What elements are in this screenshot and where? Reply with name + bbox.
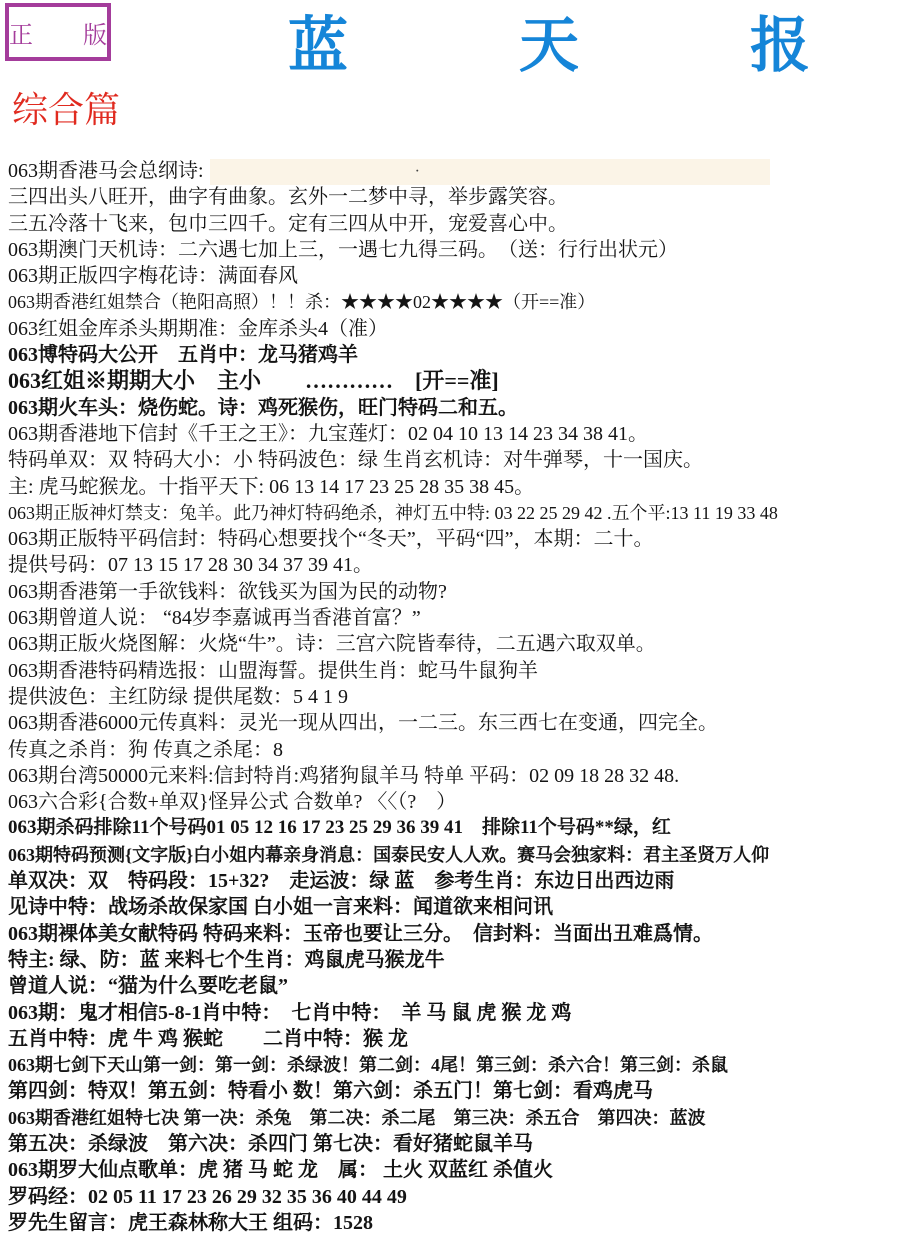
line-text: 063期正版特平码信封：特码心想要找个“冬天”，平码“四”，本期：二十。	[8, 528, 654, 550]
line-text: 063期正版四字梅花诗：满面春风	[8, 265, 298, 287]
text-line-33: 063期：鬼才相信5-8-1肖中特： 七肖中特： 羊 马 鼠 虎 猴 龙 鸡	[8, 1000, 900, 1026]
line-text: 063期香港红姐特七决 第一决：杀兔 第二决：杀二尾 第三决：杀五合 第四决：蓝…	[8, 1108, 706, 1128]
text-line-30: 063期裸体美女献特码 特码来料：玉帝也要让三分。 信封料：当面出丑难爲情。	[8, 921, 900, 947]
line-text: 063期台湾50000元来料:信封特肖:鸡猪狗鼠羊马 特单 平码：02 09 1…	[8, 765, 679, 787]
text-line-4: 063期澳门天机诗：二六遇七加上三，一遇七九得三码。 （送：行行出状元）	[8, 237, 900, 263]
line-text: 063期香港特码精选报：山盟海誓。提供生肖：蛇马牛鼠狗羊	[8, 660, 538, 682]
line-text: 063红姐※期期大小 主小 ………… [开==准]	[8, 368, 499, 393]
text-line-26: 063期杀码排除11个号码01 05 12 16 17 23 25 29 36 …	[8, 815, 900, 841]
text-line-25: 063六合彩{合数+单双}怪异公式 合数单? 〈〈（? ）	[8, 789, 900, 815]
line-text: 063六合彩{合数+单双}怪异公式 合数单? 〈〈（? ）	[8, 791, 456, 813]
line-text: 单双决：双 特码段：15+32? 走运波：绿 蓝 参考生肖：东边日出西边雨	[8, 870, 674, 892]
line-text: 063期特码预测{文字版}白小姐内幕亲身消息：国泰民安人人欢。赛马会独家料：君主…	[8, 845, 769, 865]
line-text: 特码单双：双 特码大小：小 特码波色：绿 生肖玄机诗：对牛弹琴，十一国庆。	[8, 449, 703, 471]
line-text: 三五冷落十飞来，包巾三四千。定有三四从中开，宠爱喜心中。	[8, 213, 568, 235]
line-text: 063期正版神灯禁支：兔羊。此乃神灯特码绝杀，神灯五中特: 03 22 25 2…	[8, 503, 778, 523]
text-line-22: 063期香港6000元传真料：灵光一现从四出，一二三。东三西七在变通，四完全。	[8, 710, 900, 736]
text-line-10: 063期火车头：烧伤蛇。诗：鸡死猴伤，旺门特码二和五。	[8, 395, 900, 421]
authentic-badge: 正 版	[5, 3, 111, 61]
line-text: 主: 虎马蛇猴龙。十指平天下: 06 13 14 17 23 25 28 35 …	[8, 476, 534, 498]
text-line-41: 罗先生留言：虎王森林称大王 组码：1528	[8, 1210, 900, 1236]
text-line-37: 063期香港红姐特七决 第一决：杀兔 第二决：杀二尾 第三决：杀五合 第四决：蓝…	[8, 1105, 900, 1131]
text-line-24: 063期台湾50000元来料:信封特肖:鸡猪狗鼠羊马 特单 平码：02 09 1…	[8, 763, 900, 789]
highlight-mark: ·	[415, 159, 420, 185]
text-line-12: 特码单双：双 特码大小：小 特码波色：绿 生肖玄机诗：对牛弹琴，十一国庆。	[8, 447, 900, 473]
authentic-badge-label: 正 版	[0, 15, 129, 50]
text-line-28: 单双决：双 特码段：15+32? 走运波：绿 蓝 参考生肖：东边日出西边雨	[8, 868, 900, 894]
line-text: 063期杀码排除11个号码01 05 12 16 17 23 25 29 36 …	[8, 817, 671, 838]
line-text: 063期香港红姐禁合（艳阳高照）！！杀：★★★★02★★★★（开==准）	[8, 292, 595, 312]
line-text: 曾道人说：“猫为什么要吃老鼠”	[8, 975, 288, 997]
line-text: 063期正版火烧图解：火烧“牛”。诗：三宫六院皆奉待，二五遇六取双单。	[8, 633, 656, 655]
line-text: 063期七剑下天山第一剑：第一剑：杀绿波！第二剑：4尾！第三剑：杀六合！第三剑：…	[8, 1055, 728, 1075]
line-text: 063期曾道人说： “84岁李嘉诚再当香港首富？”	[8, 607, 421, 629]
text-line-39: 063期罗大仙点歌单：虎 猪 马 蛇 龙 属： 土火 双蓝红 杀值火	[8, 1157, 900, 1183]
line-text: 063期罗大仙点歌单：虎 猪 马 蛇 龙 属： 土火 双蓝红 杀值火	[8, 1159, 553, 1181]
text-line-31: 特主: 绿、防：蓝 来料七个生肖：鸡鼠虎马猴龙牛	[8, 947, 900, 973]
line-text: 特主: 绿、防：蓝 来料七个生肖：鸡鼠虎马猴龙牛	[8, 949, 445, 971]
text-line-17: 063期香港第一手欲钱料：欲钱买为国为民的动物?	[8, 579, 900, 605]
text-line-29: 见诗中特：战场杀故保家国 白小姐一言来料：闻道欲来相问讯	[8, 894, 900, 920]
line-text: 063期香港马会总纲诗:	[8, 160, 204, 182]
text-line-19: 063期正版火烧图解：火烧“牛”。诗：三宫六院皆奉待，二五遇六取双单。	[8, 631, 900, 657]
text-line-18: 063期曾道人说： “84岁李嘉诚再当香港首富？”	[8, 605, 900, 631]
text-line-1: 063期香港马会总纲诗:·	[8, 158, 900, 184]
line-text: 第四剑：特双！第五剑：特看小 数！第六剑：杀五门！第七剑：看鸡虎马	[8, 1080, 653, 1102]
section-title: 综合篇	[12, 92, 120, 128]
text-line-7: 063红姐金库杀头期期准：金库杀头4（准）	[8, 316, 900, 342]
line-text: 063期：鬼才相信5-8-1肖中特： 七肖中特： 羊 马 鼠 虎 猴 龙 鸡	[8, 1002, 571, 1024]
line-text: 传真之杀肖：狗 传真之杀尾：8	[8, 739, 283, 761]
text-line-34: 五肖中特：虎 牛 鸡 猴蛇 二肖中特：猴 龙	[8, 1026, 900, 1052]
line-text: 063红姐金库杀头期期准：金库杀头4（准）	[8, 318, 388, 340]
line-text: 提供号码：07 13 15 17 28 30 34 37 39 41。	[8, 554, 373, 576]
text-line-5: 063期正版四字梅花诗：满面春风	[8, 263, 900, 289]
text-line-2: 三四出头八旺开，曲字有曲象。玄外一二梦中寻，举步露笑容。	[8, 184, 900, 210]
line-text: 063期澳门天机诗：二六遇七加上三，一遇七九得三码。 （送：行行出状元）	[8, 239, 678, 261]
text-line-14: 063期正版神灯禁支：兔羊。此乃神灯特码绝杀，神灯五中特: 03 22 25 2…	[8, 500, 900, 526]
line-text: 第五决：杀绿波 第六决：杀四门 第七决：看好猪蛇鼠羊马	[8, 1133, 533, 1155]
line-text: 罗先生留言：虎王森林称大王 组码：1528	[8, 1212, 373, 1234]
highlight-box: ·	[210, 159, 770, 185]
text-line-8: 063博特码大公开 五肖中：龙马猪鸡羊	[8, 342, 900, 368]
line-text: 提供波色：主红防绿 提供尾数：5 4 1 9	[8, 686, 348, 708]
text-line-27: 063期特码预测{文字版}白小姐内幕亲身消息：国泰民安人人欢。赛马会独家料：君主…	[8, 842, 900, 868]
paper-title: 蓝 天 报	[288, 16, 888, 76]
text-line-35: 063期七剑下天山第一剑：第一剑：杀绿波！第二剑：4尾！第三剑：杀六合！第三剑：…	[8, 1052, 900, 1078]
text-line-3: 三五冷落十飞来，包巾三四千。定有三四从中开，宠爱喜心中。	[8, 211, 900, 237]
line-text: 063期香港地下信封《千王之王》：九宝莲灯：02 04 10 13 14 23 …	[8, 423, 648, 445]
line-text: 063博特码大公开 五肖中：龙马猪鸡羊	[8, 344, 358, 366]
body-text: 063期香港马会总纲诗:·三四出头八旺开，曲字有曲象。玄外一二梦中寻，举步露笑容…	[8, 158, 900, 1236]
text-line-11: 063期香港地下信封《千王之王》：九宝莲灯：02 04 10 13 14 23 …	[8, 421, 900, 447]
text-line-36: 第四剑：特双！第五剑：特看小 数！第六剑：杀五门！第七剑：看鸡虎马	[8, 1078, 900, 1104]
text-line-40: 罗码经：02 05 11 17 23 26 29 32 35 36 40 44 …	[8, 1184, 900, 1210]
text-line-32: 曾道人说：“猫为什么要吃老鼠”	[8, 973, 900, 999]
line-text: 063期火车头：烧伤蛇。诗：鸡死猴伤，旺门特码二和五。	[8, 397, 518, 419]
text-line-6: 063期香港红姐禁合（艳阳高照）！！杀：★★★★02★★★★（开==准）	[8, 289, 900, 315]
text-line-20: 063期香港特码精选报：山盟海誓。提供生肖：蛇马牛鼠狗羊	[8, 658, 900, 684]
line-text: 063期香港6000元传真料：灵光一现从四出，一二三。东三西七在变通，四完全。	[8, 712, 718, 734]
text-line-13: 主: 虎马蛇猴龙。十指平天下: 06 13 14 17 23 25 28 35 …	[8, 474, 900, 500]
text-line-38: 第五决：杀绿波 第六决：杀四门 第七决：看好猪蛇鼠羊马	[8, 1131, 900, 1157]
line-text: 063期裸体美女献特码 特码来料：玉帝也要让三分。 信封料：当面出丑难爲情。	[8, 923, 713, 945]
text-line-21: 提供波色：主红防绿 提供尾数：5 4 1 9	[8, 684, 900, 710]
text-line-16: 提供号码：07 13 15 17 28 30 34 37 39 41。	[8, 552, 900, 578]
line-text: 罗码经：02 05 11 17 23 26 29 32 35 36 40 44 …	[8, 1186, 407, 1208]
line-text: 五肖中特：虎 牛 鸡 猴蛇 二肖中特：猴 龙	[8, 1028, 408, 1050]
text-line-15: 063期正版特平码信封：特码心想要找个“冬天”，平码“四”，本期：二十。	[8, 526, 900, 552]
text-line-9: 063红姐※期期大小 主小 ………… [开==准]	[8, 368, 900, 394]
line-text: 三四出头八旺开，曲字有曲象。玄外一二梦中寻，举步露笑容。	[8, 186, 568, 208]
text-line-23: 传真之杀肖：狗 传真之杀尾：8	[8, 737, 900, 763]
lottery-tip-sheet: 正 版 蓝 天 报 综合篇 063期香港马会总纲诗:·三四出头八旺开，曲字有曲象…	[0, 0, 900, 1238]
line-text: 063期香港第一手欲钱料：欲钱买为国为民的动物?	[8, 581, 447, 603]
line-text: 见诗中特：战场杀故保家国 白小姐一言来料：闻道欲来相问讯	[8, 896, 553, 918]
